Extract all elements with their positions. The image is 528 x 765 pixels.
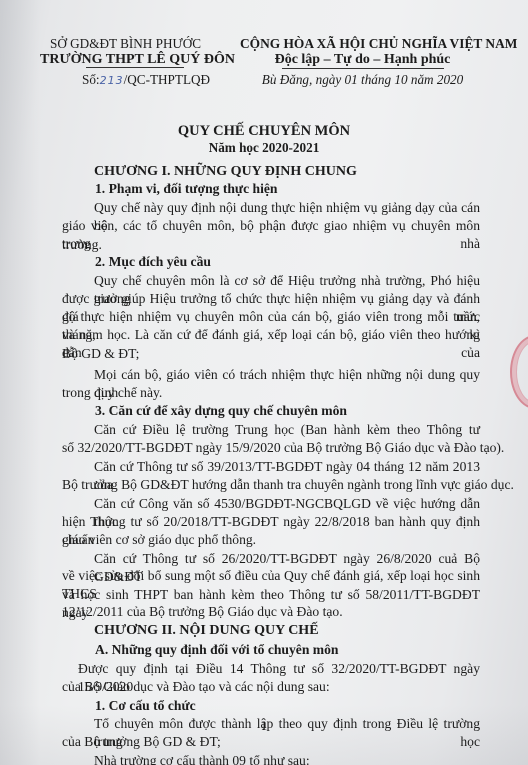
place-date: Bù Đăng, ngày 01 tháng 10 năm 2020 — [240, 72, 485, 88]
paragraph-line: của Bộ Giáo dục và Đào tạo và các nội du… — [62, 678, 330, 696]
paragraph-line: 12/12/2011 của Bộ trưởng Bộ Giáo dục và … — [62, 603, 343, 621]
document-subtitle: Năm học 2020-2021 — [0, 140, 528, 156]
paragraph-line: số 32/2020/TT-BGDĐT ngày 15/9/2020 của B… — [62, 439, 504, 457]
motto: Độc lập – Tự do – Hạnh phúc — [240, 52, 485, 68]
school-name-text: TRƯỜNG THPT LÊ QUÝ ĐÔN — [40, 52, 235, 67]
section-heading: 1. Phạm vi, đối tượng thực hiện — [95, 180, 277, 198]
paragraph-line: giáo viên, các tổ chuyên môn, bộ phận đư… — [62, 217, 480, 253]
paragraph-line: Bộ trưởng Bộ GD&ĐT hướng dẫn thanh tra c… — [62, 476, 514, 494]
nation-title: CỘNG HÒA XÃ HỘI CHỦ NGHĨA VIỆT NAM — [240, 36, 485, 52]
paragraph-line: Bộ GD & ĐT; — [62, 345, 139, 363]
section-heading: A. Những quy định đối với tổ chuyên môn — [95, 641, 338, 659]
number-suffix: /QC-THPTLQĐ — [124, 72, 210, 87]
paragraph-line: Căn cứ Điều lệ trường Trung học (Ban hàn… — [94, 421, 480, 439]
chapter-heading: CHƯƠNG I. NHỮNG QUY ĐỊNH CHUNG — [94, 163, 357, 181]
handwritten-number: 213 — [100, 74, 124, 87]
scan-shadow-left — [0, 0, 40, 765]
school-name: TRƯỜNG THPT LÊ QUÝ ĐÔN — [40, 52, 215, 68]
section-heading: 1. Cơ cấu tổ chức — [95, 697, 196, 715]
motto-underline — [282, 68, 444, 69]
document-title: QUY CHẾ CHUYÊN MÔN — [0, 123, 528, 140]
paragraph-line: trường. — [62, 236, 102, 254]
section-heading: 3. Căn cứ để xây dựng quy chế chuyên môn — [95, 402, 347, 420]
department-name: SỞ GD&ĐT BÌNH PHƯỚC — [50, 36, 195, 52]
section-heading: 2. Mục đích yêu cầu — [95, 253, 211, 271]
paragraph-line: giáo viên cơ sở giáo dục phổ thông. — [62, 531, 256, 549]
chapter-heading: CHƯƠNG II. NỘI DUNG QUY CHẾ — [94, 622, 319, 640]
paragraph-line: trong quy chế này. — [62, 384, 162, 402]
document-number: Số:213/QC-THPTLQĐ — [82, 72, 210, 89]
number-prefix: Số: — [82, 72, 100, 87]
school-underline — [86, 67, 184, 68]
red-seal-stamp — [510, 335, 528, 409]
page-number: 1 — [0, 718, 528, 734]
paragraph-line: của Bộ trưởng Bộ GD & ĐT; — [62, 733, 221, 751]
paragraph-line: Nhà trường cơ cấu thành 09 tổ như sau: — [94, 752, 480, 765]
